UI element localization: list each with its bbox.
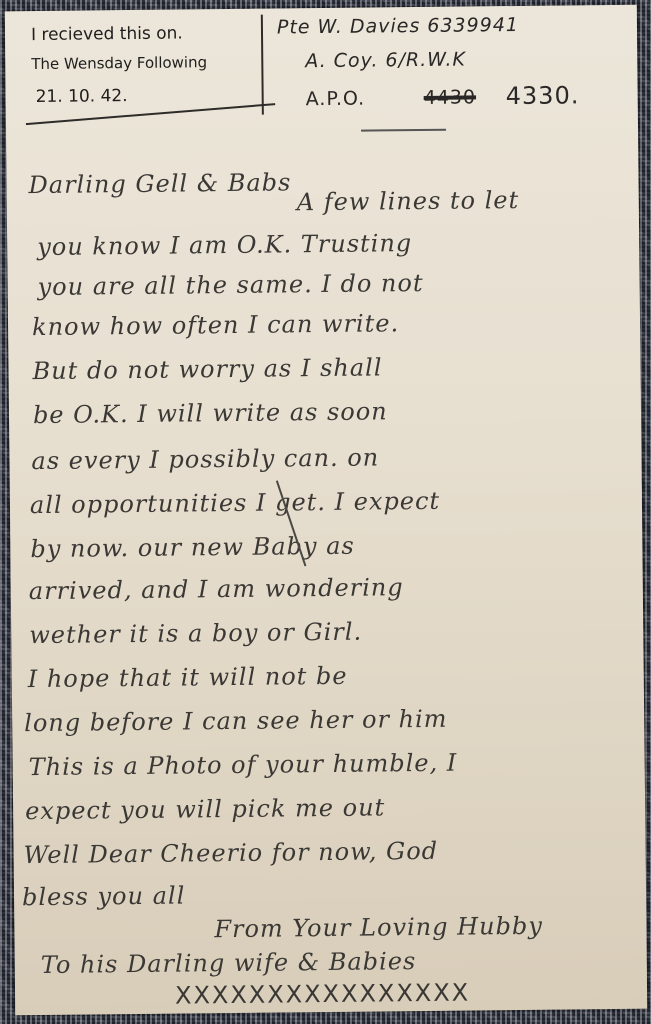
dedication: To his Darling wife & Babies [41, 947, 417, 979]
closing: From Your Loving Hubby [214, 912, 543, 943]
letter-line: arrived, and I am wondering [29, 573, 404, 605]
letter-line: you know I am O.K. Trusting [37, 229, 412, 261]
postcard: I recieved this on. The Wensday Followin… [5, 5, 647, 1016]
receipt-note-box: I recieved this on. The Wensday Followin… [21, 15, 264, 118]
letter-line: by now. our new Baby as [30, 532, 355, 563]
letter-line: A few lines to let [297, 186, 520, 216]
letter-line: I hope that it will not be [28, 662, 348, 693]
letter-line: expect you will pick me out [25, 793, 385, 825]
sender-address: Pte W. Davies 6339941 A. Coy. 6/R.W.K A.… [5, 5, 637, 12]
apo-struck-number: 4430 [424, 86, 477, 109]
letter-line: be O.K. I will write as soon [33, 397, 388, 429]
apo-label: A.P.O. [306, 88, 366, 111]
letter-line: all opportunities I get. I expect [30, 487, 440, 519]
letter-line: you are all the same. I do not [38, 269, 424, 301]
letter-line: know how often I can write. [32, 309, 399, 341]
letter-line: But do not worry as I shall [32, 353, 382, 385]
letter-line: Well Dear Cheerio for now, God [23, 837, 438, 869]
salutation: Darling Gell & Babs [28, 168, 291, 199]
letter-line: as every I possibly can. on [31, 443, 379, 475]
letter-line: wether it is a boy or Girl. [29, 618, 362, 649]
letter-line: bless you all [22, 881, 186, 911]
receipt-line-2: The Wensday Following [31, 53, 207, 73]
receipt-date: 21. 10. 42. [36, 86, 128, 107]
address-underline [361, 129, 446, 132]
letter-line: long before I can see her or him [24, 705, 448, 737]
receipt-line-1: I recieved this on. [31, 23, 183, 45]
apo-number: 4330. [506, 81, 580, 110]
letter-line: This is a Photo of your humble, I [29, 749, 458, 781]
sender-unit: A. Coy. 6/R.W.K [305, 49, 466, 73]
sender-name-number: Pte W. Davies 6339941 [277, 14, 519, 39]
kisses: XXXXXXXXXXXXXXXX [175, 979, 470, 1010]
